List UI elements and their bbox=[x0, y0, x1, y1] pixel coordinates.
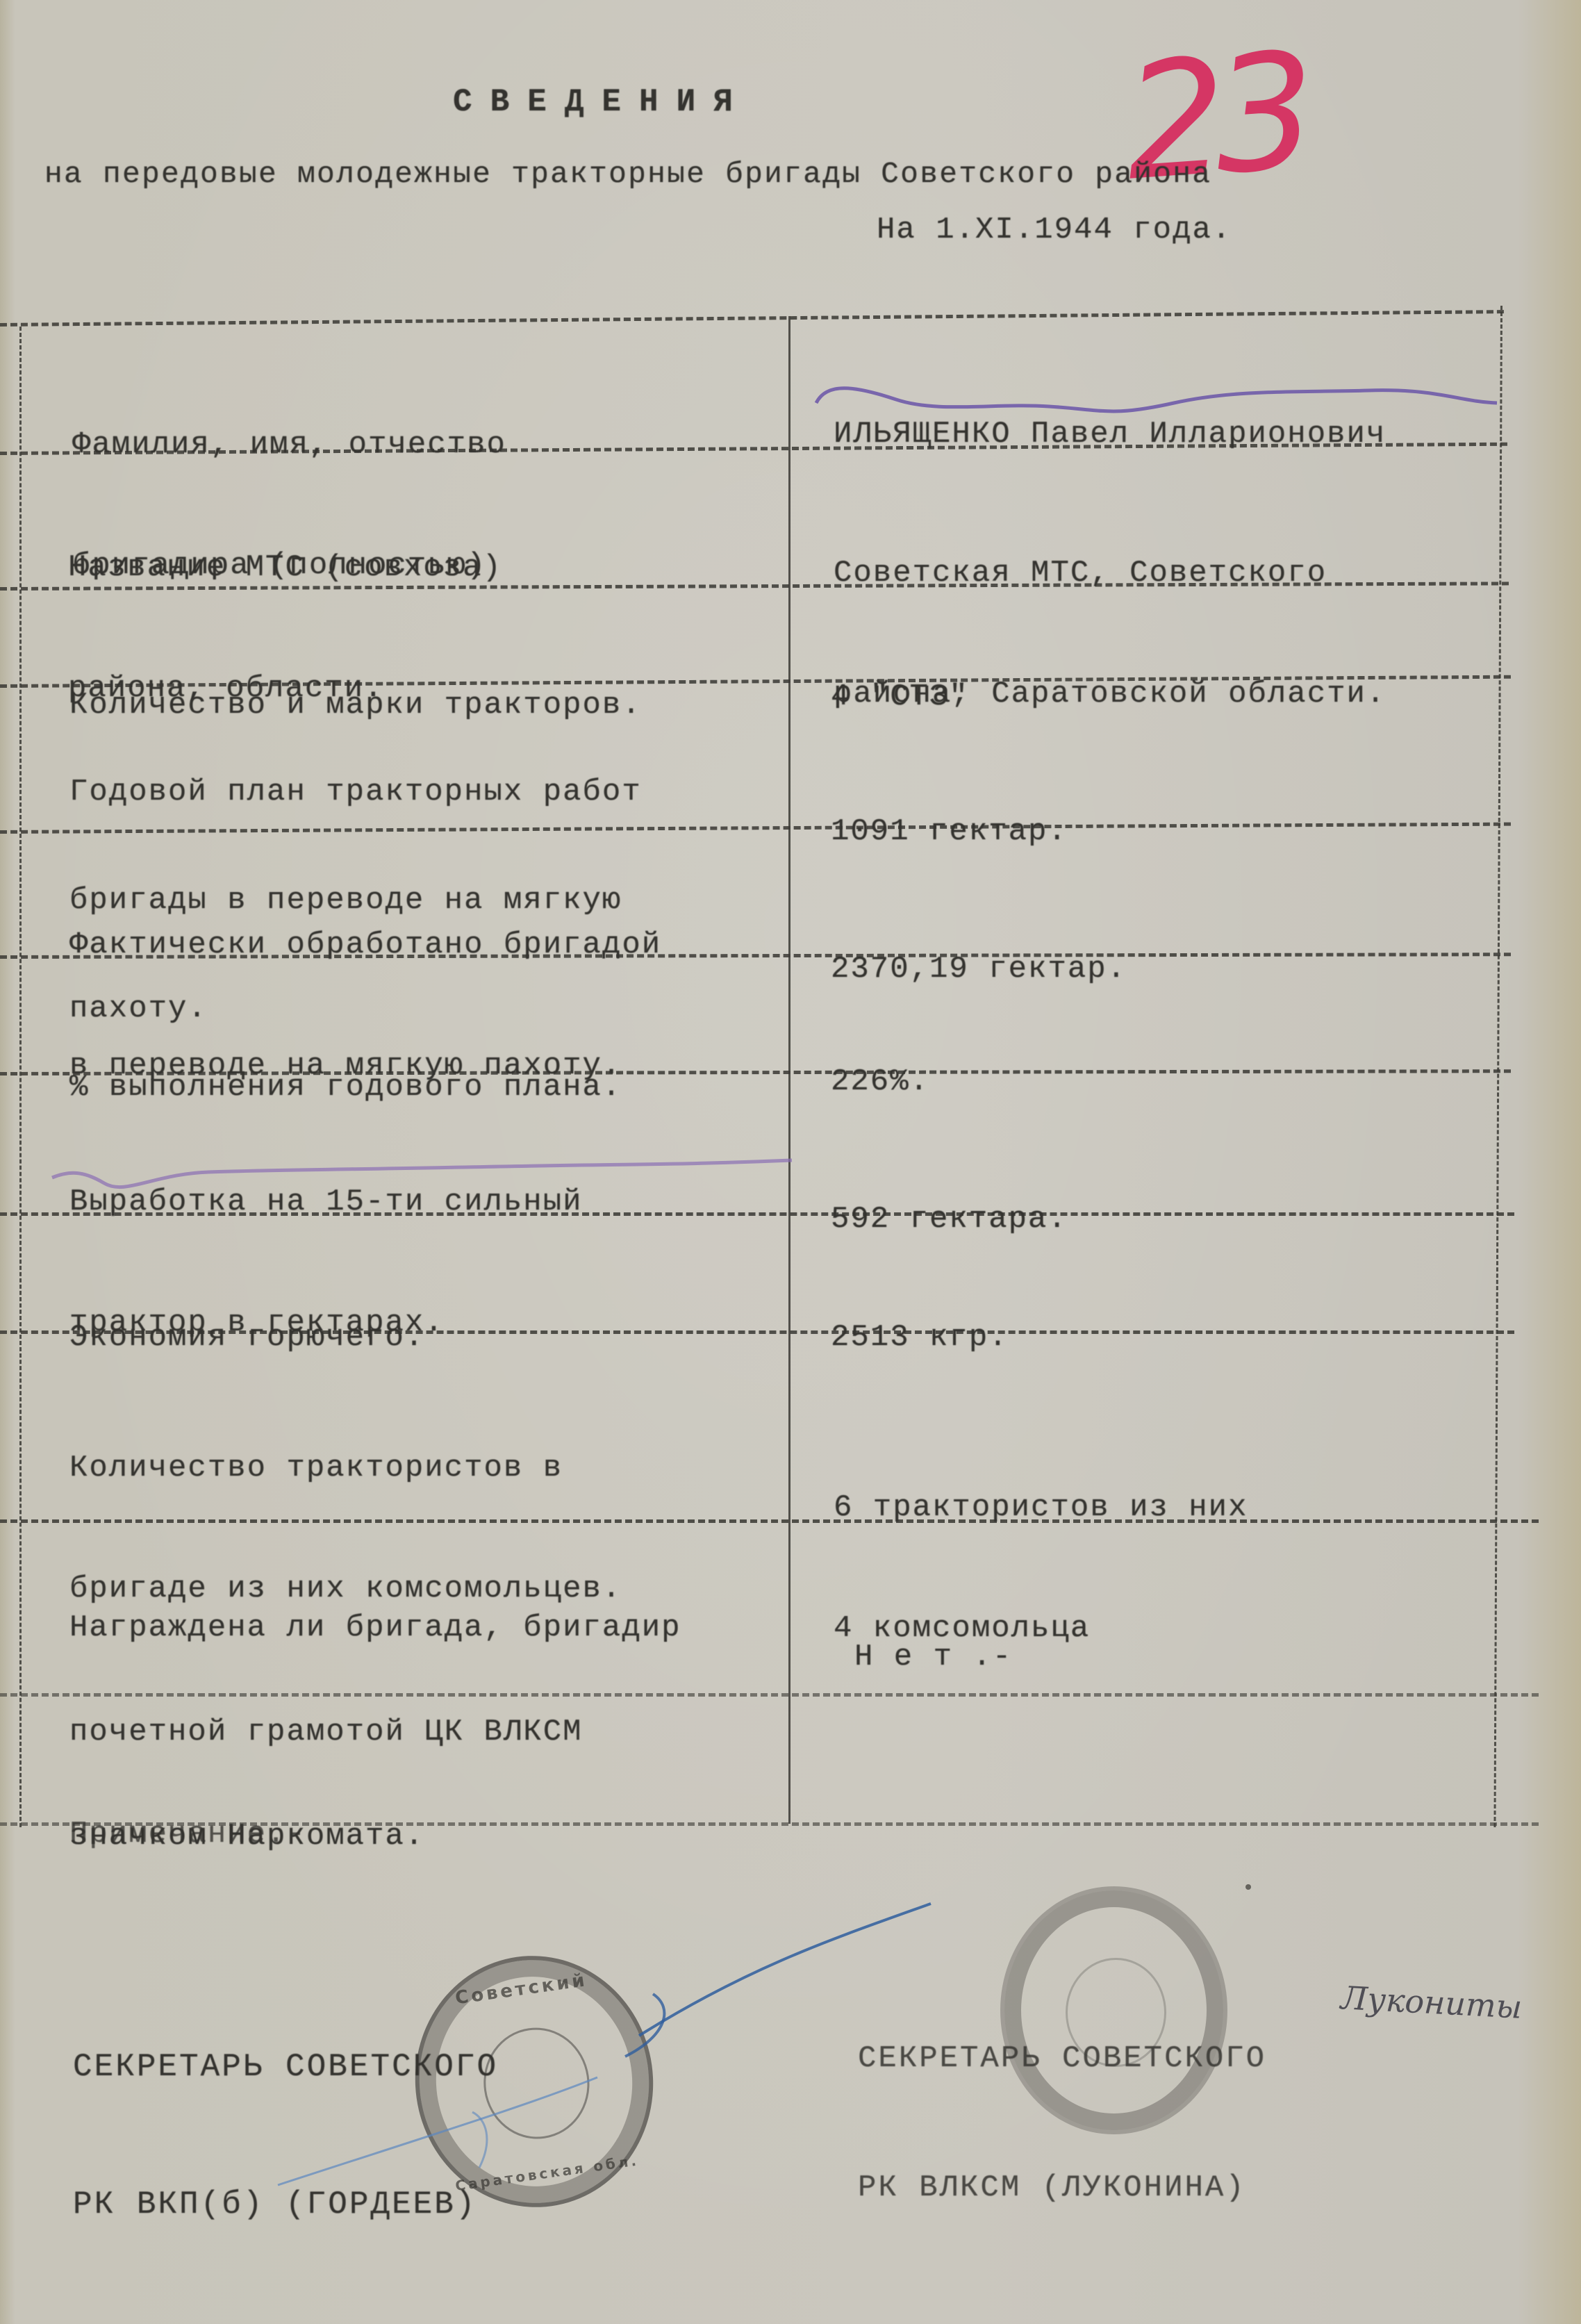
document-date: На 1.XI.1944 года. bbox=[877, 210, 1232, 250]
value-line: 6 трактористов из них bbox=[834, 1487, 1248, 1528]
violet-pencil-underline bbox=[813, 375, 1500, 417]
label-line: Примечание.- bbox=[69, 1814, 306, 1854]
row-label-notes: Примечание.- bbox=[69, 1733, 306, 1895]
label-line: Количество трактористов в bbox=[69, 1448, 622, 1488]
violet-pencil-underline bbox=[49, 1157, 799, 1192]
table-column-divider bbox=[788, 316, 790, 1824]
document-subtitle: на передовые молодежные тракторные брига… bbox=[44, 154, 1211, 195]
right-signatory: СЕКРЕТАРЬ СОВЕТСКОГО РК ВЛКСМ (ЛУКОНИНА) bbox=[858, 1951, 1266, 2252]
label-line: Экономия горючего. bbox=[69, 1317, 424, 1358]
signatory-title-line: СЕКРЕТАРЬ СОВЕТСКОГО bbox=[858, 2037, 1266, 2080]
value-line: 592 гектара. bbox=[831, 1199, 1068, 1239]
label-line: Награждена ли бригада, бригадир bbox=[69, 1610, 681, 1645]
value-line: Советская МТС, Советского bbox=[834, 553, 1386, 593]
row-value-fuel-savings: 2513 кгр. bbox=[831, 1237, 1009, 1398]
table-right-border bbox=[1493, 306, 1503, 1827]
value-line: 226%. bbox=[831, 1062, 929, 1102]
label-line: Фактически обработано бригадой bbox=[69, 925, 661, 965]
blue-ink-signature bbox=[264, 1876, 945, 2189]
document-title: СВЕДЕНИЯ bbox=[453, 82, 751, 122]
handwritten-signature: Лукониmы bbox=[1340, 1979, 1523, 2026]
value-line: Н е т .- bbox=[854, 1637, 1012, 1677]
label-line: Фамилия, имя, отчество bbox=[72, 425, 506, 465]
value-line: 2513 кгр. bbox=[831, 1317, 1009, 1358]
signatory-name-line: РК ВЛКСМ (ЛУКОНИНА) bbox=[858, 2166, 1266, 2209]
table-left-border bbox=[19, 327, 22, 1827]
label-line: Название МТС (совхоза) bbox=[68, 547, 502, 588]
table-rule bbox=[0, 310, 1504, 327]
label-line: Годовой план тракторных работ bbox=[69, 774, 642, 810]
ink-dot bbox=[1245, 1884, 1251, 1890]
row-value-awards: Н е т .- bbox=[854, 1556, 1012, 1717]
value-line: 1091 гектар. bbox=[831, 811, 1068, 852]
value-line: 4 "СТЗ" bbox=[831, 677, 969, 717]
value-line: ИЛЬЯЩЕНКО Павел Илларионович bbox=[834, 414, 1386, 454]
